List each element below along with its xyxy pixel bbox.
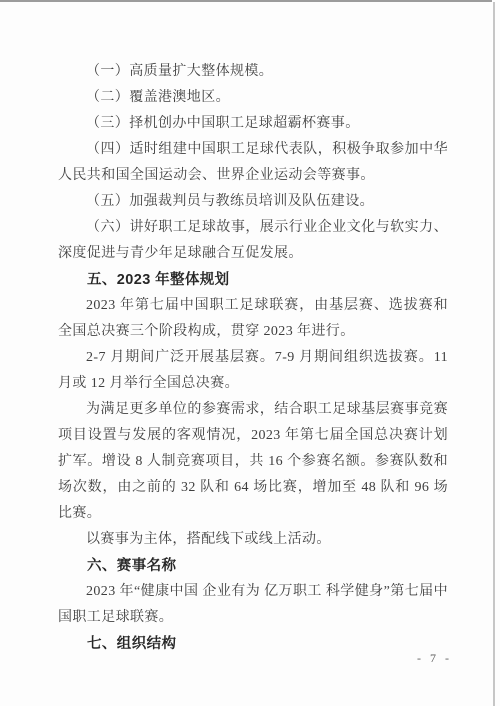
- section-heading-6-name: 六、赛事名称: [58, 553, 448, 579]
- paragraph-activities: 以赛事为主体，搭配线下或线上活动。: [58, 527, 448, 553]
- paragraph-league-stages: 2023 年第七届中国职工足球联赛，由基层赛、选拔赛和全国总决赛三个阶段构成，贯…: [58, 293, 448, 345]
- section-heading-5-plan: 五、2023 年整体规划: [58, 267, 448, 293]
- paragraph-event-name: 2023 年“健康中国 企业有为 亿万职工 科学健身”第七届中国职工足球联赛。: [58, 579, 448, 631]
- list-item-4: （四）适时组建中国职工足球代表队，积极争取参加中华人民共和国全国运动会、世界企业…: [58, 137, 448, 189]
- page-number: - 7 -: [417, 651, 452, 666]
- paragraph-schedule: 2-7 月期间广泛开展基层赛。7-9 月期间组织选拔赛。11 月或 12 月举行…: [58, 345, 448, 397]
- paragraph-expansion: 为满足更多单位的参赛需求，结合职工足球基层赛事竞赛项目设置与发展的客观情况，20…: [58, 397, 448, 527]
- list-item-5: （五）加强裁判员与教练员培训及队伍建设。: [58, 189, 448, 215]
- scan-edge-right-line: [493, 2, 495, 706]
- list-item-1: （一）高质量扩大整体规模。: [58, 59, 448, 85]
- list-item-2: （二）覆盖港澳地区。: [58, 85, 448, 111]
- section-heading-7-organization: 七、组织结构: [58, 631, 448, 657]
- list-item-6: （六）讲好职工足球故事，展示行业企业文化与软实力、深度促进与青少年足球融合互促发…: [58, 215, 448, 267]
- document-body: （一）高质量扩大整体规模。 （二）覆盖港澳地区。 （三）择机创办中国职工足球超霸…: [58, 59, 448, 657]
- list-item-3: （三）择机创办中国职工足球超霸杯赛事。: [58, 111, 448, 137]
- scan-edge-top-line: [0, 0, 492, 2]
